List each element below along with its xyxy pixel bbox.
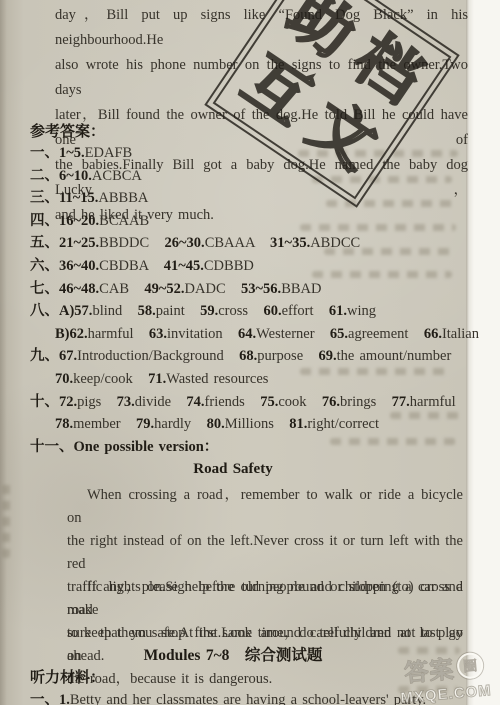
answer-number: 71. <box>148 371 166 387</box>
answer-number: 五、21~25. <box>30 235 99 251</box>
answer-line: 九、67.Introduction/Background 68.purpose … <box>30 345 466 368</box>
answer-number: 63. <box>149 326 167 342</box>
answer-number: 66. <box>424 326 442 342</box>
answer-value: friends <box>205 394 261 410</box>
answer-number: 74. <box>186 394 204 410</box>
answer-number: 69. <box>319 348 337 364</box>
answer-value: ABDCC <box>310 235 360 251</box>
answer-value: agreement <box>348 326 424 342</box>
answer-value: BBDDC <box>99 235 164 251</box>
answer-line: 一、1~5.EDAFB <box>30 142 466 165</box>
answer-value: CBAAA <box>205 235 270 251</box>
answer-line: 十、72.pigs 73.divide 74.friends 75.cook 7… <box>30 391 466 414</box>
answer-number: 四、16~20. <box>30 213 99 229</box>
answer-value: Introduction/Background <box>77 348 239 364</box>
answer-number: 二、6~10. <box>30 168 92 184</box>
answer-number: 31~35. <box>270 235 310 251</box>
answer-value: purpose <box>257 348 318 364</box>
answer-value: effort <box>282 303 329 319</box>
answer-value: Wasted resources <box>166 371 268 387</box>
answer-value: Italian <box>442 326 479 342</box>
answer-value: cross <box>218 303 263 319</box>
answer-number: 78. <box>55 416 73 432</box>
answer-value: paint <box>156 303 200 319</box>
answer-number: 九、67. <box>30 348 77 364</box>
answer-line: 六、36~40.CBDBA 41~45.CDBBD <box>30 255 466 278</box>
answer-line: 十一、One possible version： <box>30 436 466 459</box>
scanned-answer-page: day，Bill put up signs like “Found Dog Bl… <box>0 0 500 705</box>
answer-number: 八、A)57. <box>30 303 92 319</box>
answer-value: wing <box>347 303 376 319</box>
answer-value: ACBCA <box>92 168 142 184</box>
answer-line: 三、11~15.ABBBA <box>30 187 466 210</box>
answer-value: divide <box>135 394 187 410</box>
answer-number: 十、72. <box>30 394 77 410</box>
answer-number: 一、1. <box>30 692 70 705</box>
scanner-edge-strip <box>466 0 500 705</box>
answer-number: 59. <box>200 303 218 319</box>
answer-value: BCAAB <box>99 213 149 229</box>
answer-line: 四、16~20.BCAAB <box>30 210 466 233</box>
answer-number: 77. <box>392 394 410 410</box>
answer-number: 六、36~40. <box>30 258 99 274</box>
answer-value: CBDBA <box>99 258 164 274</box>
answer-value: harmful <box>88 326 149 342</box>
answer-value: right/correct <box>307 416 379 432</box>
site-watermark-badge-icon: 圈 <box>456 651 484 679</box>
answer-value: member <box>73 416 136 432</box>
answer-value: Millions <box>225 416 290 432</box>
answer-value: the amount/number <box>337 348 452 364</box>
site-watermark: 答案 圈 MXQE.COM <box>385 645 500 705</box>
answer-number: 79. <box>136 416 154 432</box>
answer-value: harmful <box>410 394 456 410</box>
answer-line: 二、6~10.ACBCA <box>30 165 466 188</box>
answer-value: brings <box>340 394 392 410</box>
answer-value: CDBBD <box>204 258 254 274</box>
bleed-through-artifact <box>2 478 10 558</box>
answer-number: 53~56. <box>241 281 281 297</box>
answer-value: CAB <box>99 281 144 297</box>
answer-number: 64. <box>238 326 256 342</box>
answer-number: One possible version： <box>74 439 219 455</box>
essay-title: Road Safety <box>0 461 466 478</box>
text-line: the right instead of on the left.Never c… <box>67 530 463 576</box>
answer-line: 78.member 79.hardly 80.Millions 81.right… <box>30 413 466 436</box>
answer-value: keep/cook <box>73 371 148 387</box>
answer-value: hardly <box>154 416 206 432</box>
answer-value: BBAD <box>281 281 321 297</box>
answer-number: 26~30. <box>165 235 205 251</box>
answer-number: 十一、 <box>30 439 74 455</box>
text-line: When crossing a road，remember to walk or… <box>67 484 463 530</box>
answer-line: 70.keep/cook 71.Wasted resources <box>30 368 466 391</box>
answer-value: pigs <box>77 394 117 410</box>
answer-number: 81. <box>289 416 307 432</box>
answer-line: 七、46~48.CAB 49~52.DADC 53~56.BBAD <box>30 278 466 301</box>
answer-line: 五、21~25.BBDDC 26~30.CBAAA 31~35.ABDCC <box>30 232 466 255</box>
answer-value: EDAFB <box>85 145 133 161</box>
answer-number: 三、11~15. <box>30 190 98 206</box>
answer-number: 65. <box>330 326 348 342</box>
answer-key-list: 一、1~5.EDAFB二、6~10.ACBCA三、11~15.ABBBA四、16… <box>30 142 466 458</box>
text-line: If any，please help the old people and ch… <box>67 576 463 622</box>
answer-value: DADC <box>185 281 241 297</box>
listening-material-header: 听力材料： <box>30 666 105 687</box>
answer-number: B)62. <box>55 326 88 342</box>
answer-line: 八、A)57.blind 58.paint 59.cross 60.effort… <box>30 300 466 323</box>
answer-number: 73. <box>117 394 135 410</box>
answer-value: invitation <box>167 326 238 342</box>
text-line: also wrote his phone number on the signs… <box>55 53 468 103</box>
answer-value: Westerner <box>256 326 330 342</box>
answer-number: 41~45. <box>164 258 204 274</box>
answer-number: 80. <box>207 416 225 432</box>
answer-number: 61. <box>329 303 347 319</box>
answer-number: 58. <box>138 303 156 319</box>
answer-number: 68. <box>239 348 257 364</box>
answer-value: Betty and her classmates are having a sc… <box>70 692 426 705</box>
answer-number: 49~52. <box>144 281 184 297</box>
answer-number: 一、1~5. <box>30 145 85 161</box>
answer-line: B)62.harmful 63.invitation 64.Westerner … <box>30 323 466 346</box>
answer-value: ABBBA <box>98 190 148 206</box>
reference-answers-header: 参考答案： <box>30 120 105 141</box>
answer-value: blind <box>92 303 137 319</box>
answer-number: 75. <box>260 394 278 410</box>
site-watermark-name: 答案 <box>403 649 456 688</box>
answer-number: 76. <box>322 394 340 410</box>
answer-number: 70. <box>55 371 73 387</box>
answer-value: cook <box>278 394 322 410</box>
text-line: day，Bill put up signs like “Found Dog Bl… <box>55 3 468 53</box>
answer-number: 七、46~48. <box>30 281 99 297</box>
answer-number: 60. <box>263 303 281 319</box>
